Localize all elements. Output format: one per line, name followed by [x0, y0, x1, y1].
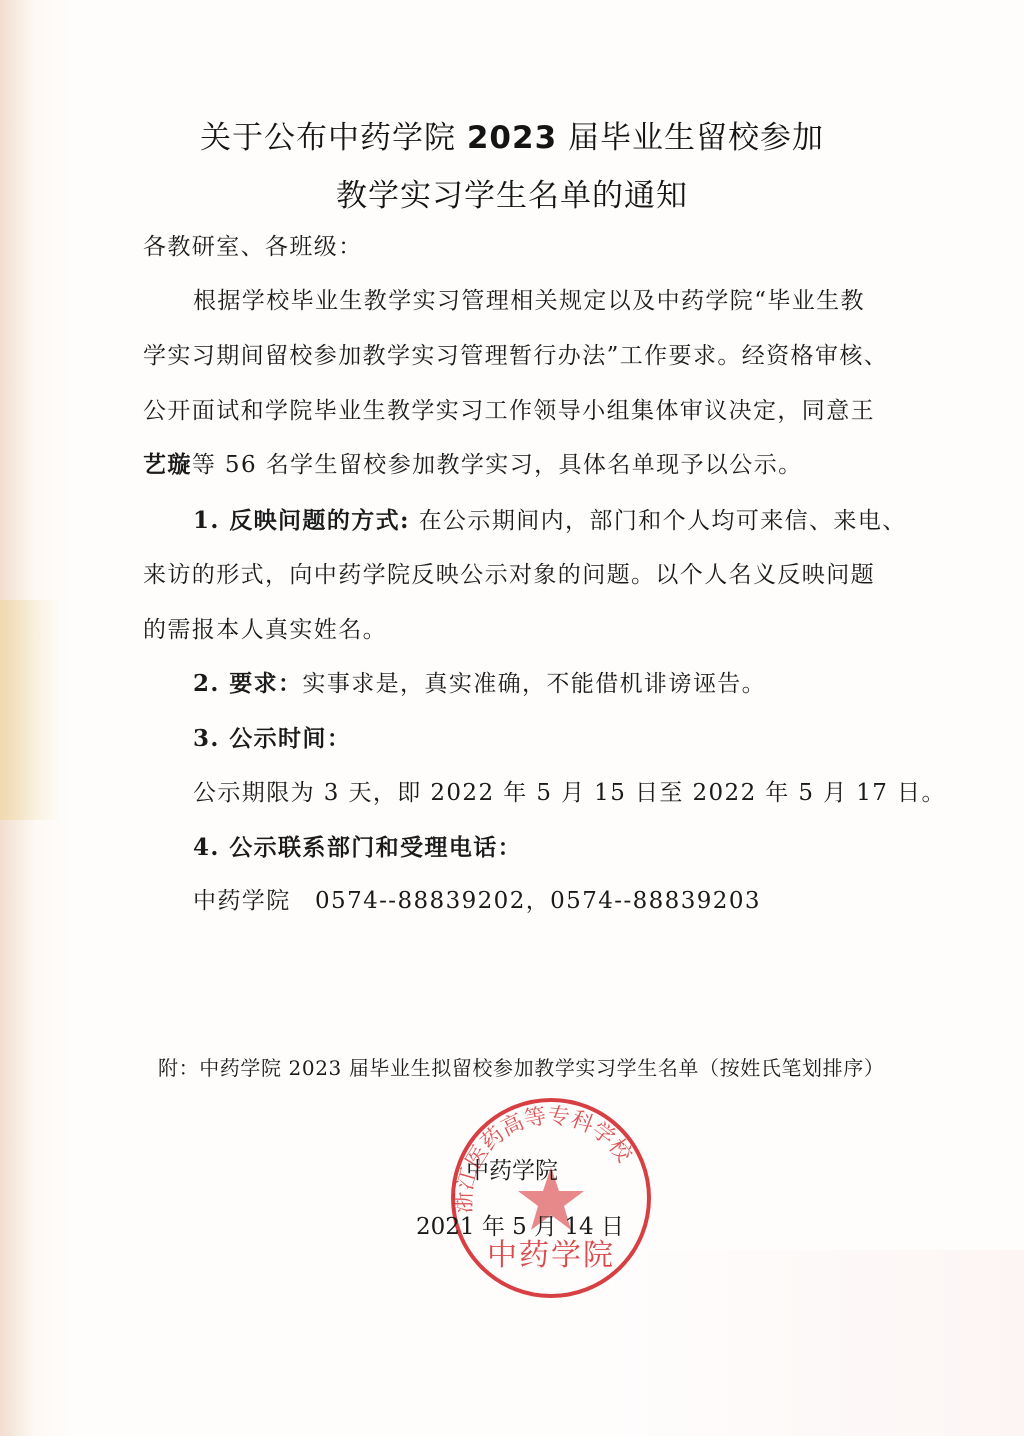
item-3-text: 公示期限为 3 天，即 2022 年 5 月 15 日至 2022 年 5 月 … [193, 774, 946, 807]
item-2: 2. 要求：实事求是，真实准确，不能借机诽谤诬告。 [193, 665, 766, 698]
item-1-line-2: 来访的形式，向中药学院反映公示对象的问题。以个人名义反映问题 [143, 556, 875, 589]
item-1-label: 1. 反映问题的方式: [193, 507, 410, 534]
scan-tint [604, 1250, 1024, 1436]
scan-shadow [0, 0, 70, 1436]
document-title-line-1: 关于公布中药学院 2023 届毕业生留校参加 [0, 112, 1024, 157]
document-title-line-2: 教学实习学生名单的通知 [0, 170, 1024, 215]
paragraph-line: 艺璇等 56 名学生留校参加教学实习，具体名单现予以公示。 [143, 446, 803, 479]
item-4-label: 4. 公示联系部门和受理电话： [193, 829, 522, 862]
title-year: 2023 [467, 120, 557, 156]
paragraph-line: 根据学校毕业生教学实习管理相关规定以及中药学院“毕业生教 [193, 282, 865, 315]
title-text: 届毕业生留校参加 [568, 120, 824, 156]
item-1-text: 在公示期间内，部门和个人均可来信、来电、 [410, 508, 907, 534]
paragraph-text: 等 56 名学生留校参加教学实习，具体名单现予以公示。 [192, 452, 803, 478]
item-4-text: 中药学院 0574--88839202，0574--88839203 [193, 882, 761, 915]
item-3-label: 3. 公示时间： [193, 720, 351, 753]
attachment-note: 附：中药学院 2023 届毕业生拟留校参加教学实习学生名单（按姓氏笔划排序） [158, 1052, 884, 1081]
paragraph-line: 公开面试和学院毕业生教学实习工作领导小组集体审议决定，同意王 [143, 392, 875, 425]
item-1-line-3: 的需报本人真实姓名。 [143, 611, 387, 644]
official-seal-stamp: 浙江医药高等专科学校 中药学院 [450, 1097, 652, 1299]
item-2-text: 实事求是，真实准确，不能借机诽谤诬告。 [302, 671, 766, 697]
signature-date: 2021 年 5 月 14 日 [416, 1208, 624, 1241]
salutation: 各教研室、各班级： [143, 228, 363, 261]
paragraph-line: 学实习期间留校参加教学实习管理暂行办法”工作要求。经资格审核、 [143, 337, 888, 370]
signature-org: 中药学院 [466, 1152, 558, 1185]
student-name: 艺璇 [143, 451, 192, 478]
title-text: 关于公布中药学院 [200, 120, 456, 156]
scan-shadow-band [0, 600, 60, 820]
item-2-label: 2. 要求： [193, 670, 302, 697]
stamp-center-text: 中药学院 [487, 1238, 615, 1273]
item-1: 1. 反映问题的方式: 在公示期间内，部门和个人均可来信、来电、 [193, 502, 907, 535]
